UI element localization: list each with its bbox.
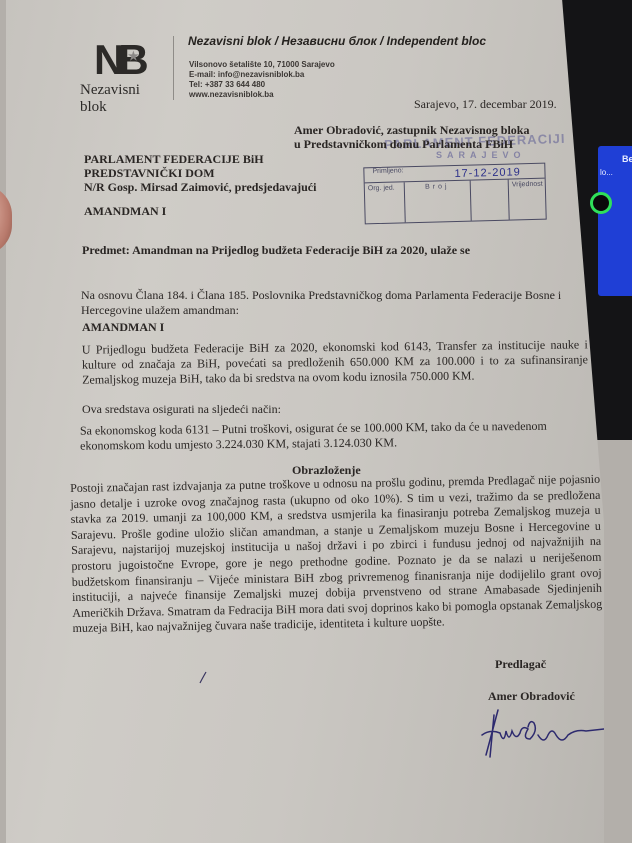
signature [476, 705, 606, 765]
logo-mark: ★ NB [80, 40, 166, 80]
recipient-block: PARLAMENT FEDERACIJE BiH PREDSTAVNIČKI D… [84, 152, 316, 194]
sender-block: Amer Obradović, zastupnik Nezavisnog blo… [294, 123, 529, 151]
legal-basis-paragraph: Na osnovu Člana 184. i Člana 185. Poslov… [81, 288, 591, 318]
monitor-text-secondary: lo... [600, 168, 613, 177]
date-line: Sarajevo, 17. decembar 2019. [414, 97, 557, 112]
proposer-name: Amer Obradović [488, 689, 575, 704]
monitor-text: Be [622, 154, 632, 164]
stamp-received-label: Primljeno: [372, 167, 403, 175]
proposer-label: Predlagač [495, 657, 546, 672]
org-title: Nezavisni blok / Независни блок / Indepe… [188, 34, 486, 48]
stamp-col-attachment: Prilog [471, 180, 510, 221]
pen-mark [198, 670, 210, 686]
justification-paragraph: Postoji značajan rast izdvajanja za putn… [70, 472, 603, 637]
stamp-received-date: 17-12-2019 [454, 166, 521, 180]
subject-line: Predmet: Amandman na Prijedlog budžeta F… [82, 243, 470, 258]
document-page: ★ NB Nezavisni blok Nezavisni blok / Нез… [6, 0, 604, 843]
recipient-line-2: PREDSTAVNIČKI DOM [84, 166, 316, 180]
amendment-heading: AMANDMAN I [84, 204, 166, 219]
stamp-col-value: Vrijednost [509, 179, 546, 220]
logo-name: Nezavisni blok [80, 82, 166, 116]
monitor-ring-icon [590, 192, 612, 214]
letterhead-divider [173, 36, 174, 100]
stamp-fields-row: Org. jed. Broj Prilog Vrijednost [365, 179, 546, 224]
org-email: E-mail: info@nezavisniblok.ba [189, 70, 304, 79]
sender-line-1: Amer Obradović, zastupnik Nezavisnog blo… [294, 123, 529, 137]
stamp-col-number: Broj [405, 181, 472, 223]
funds-source-paragraph: Sa ekonomskog koda 6131 – Putni troškovi… [80, 418, 580, 453]
org-phone: Tel: +387 33 644 480 [189, 80, 265, 89]
received-stamp: Primljeno: 17-12-2019 Org. jed. Broj Pri… [363, 163, 546, 225]
amendment-paragraph: U Prijedlogu budžeta Federacije BiH za 2… [82, 337, 588, 387]
recipient-line-3: N/R Gosp. Mirsad Zaimović, predsjedavaju… [84, 180, 316, 194]
org-address: Vilsonovo šetalište 10, 71000 Sarajevo [189, 60, 335, 69]
org-website: www.nezavisniblok.ba [189, 90, 274, 99]
stamp-col-org: Org. jed. [365, 182, 406, 223]
recipient-line-1: PARLAMENT FEDERACIJE BiH [84, 152, 316, 166]
org-logo: ★ NB Nezavisni blok [80, 40, 166, 116]
funds-intro: Ova sredstava osigurati na sljedeći nači… [82, 402, 582, 417]
stamp-city: SARAJEVO [436, 150, 526, 160]
sender-line-2: u Predstavničkom domu Parlamenta FBiH [294, 137, 529, 151]
star-icon: ★ [128, 36, 139, 76]
amendment-heading-2: AMANDMAN I [82, 320, 164, 335]
